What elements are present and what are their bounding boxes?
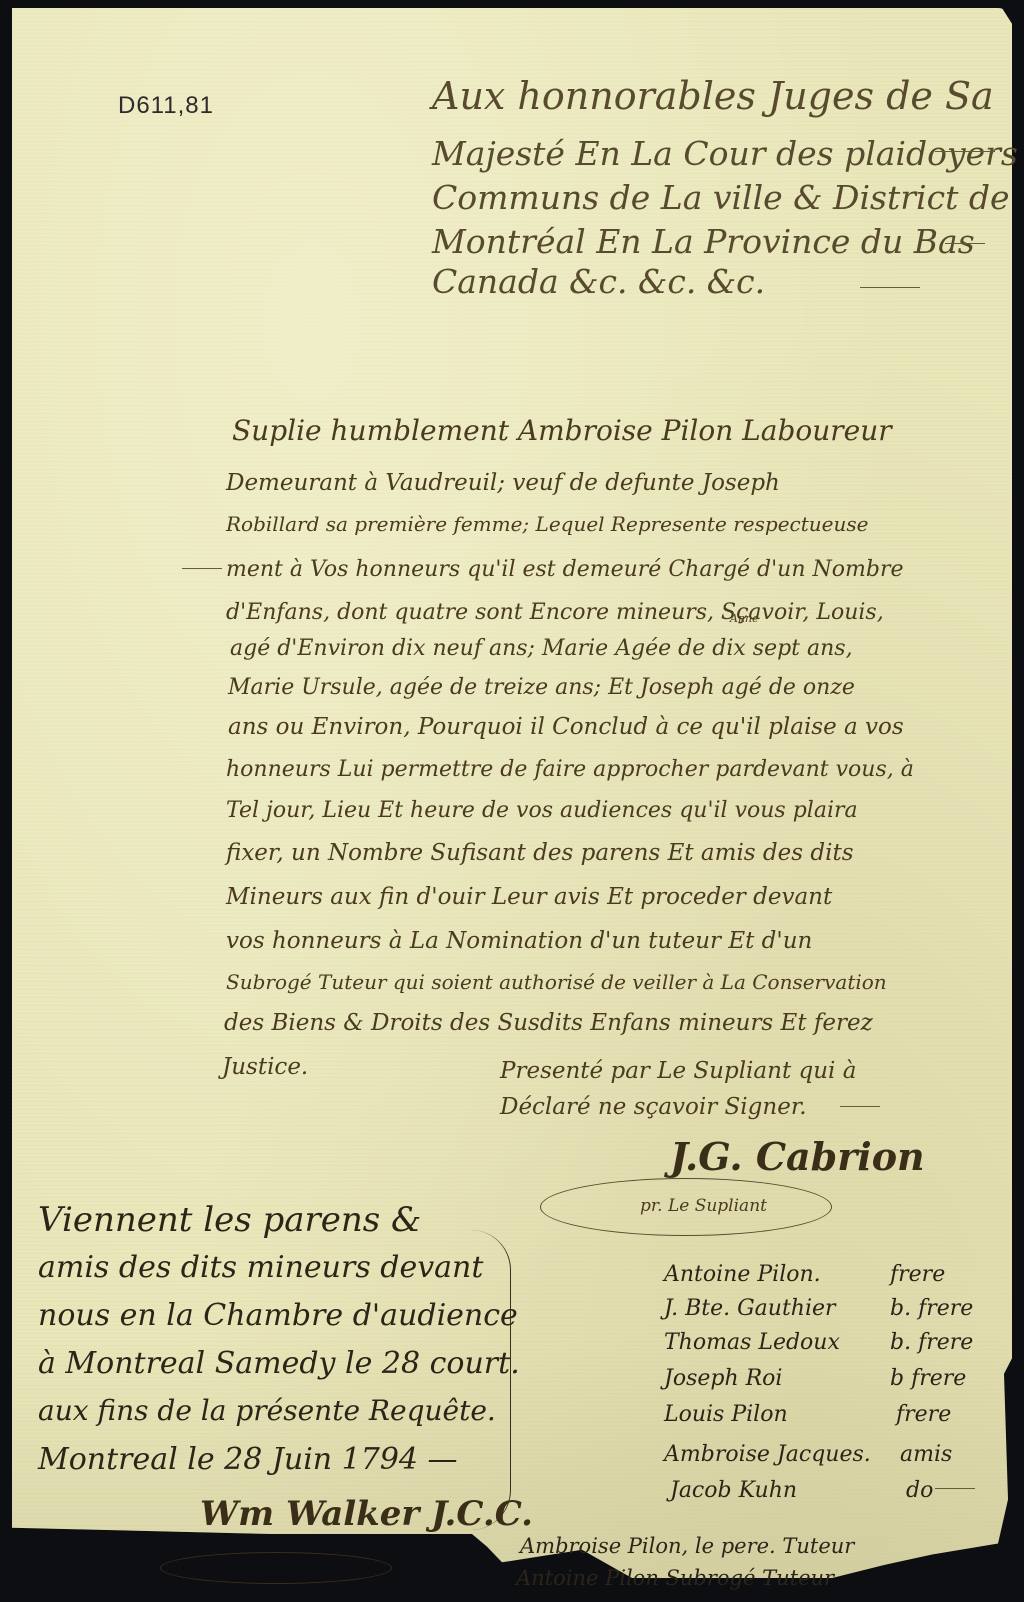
petition-line: vos honneurs à La Nomination d'un tuteur… — [226, 928, 812, 954]
order-line: à Montreal Samedy le 28 court. — [38, 1346, 520, 1381]
relative-name: Ambroise Jacques. — [664, 1442, 871, 1467]
relative-relation: b. frere — [890, 1330, 973, 1355]
relative-name: Louis Pilon — [664, 1402, 788, 1427]
line-filler — [935, 151, 995, 152]
petition-line: fixer, un Nombre Sufisant des parens Et … — [226, 840, 854, 866]
line-filler — [935, 1488, 975, 1489]
petition-line: ment à Vos honneurs qu'il est demeuré Ch… — [226, 557, 904, 582]
petition-line: des Biens & Droits des Susdits Enfans mi… — [224, 1010, 873, 1036]
petition-line: honneurs Lui permettre de faire approche… — [226, 757, 914, 782]
heading-line: Aux honnorables Juges de Sa — [432, 74, 994, 118]
petition-line: Mineurs aux fin d'ouir Leur avis Et proc… — [226, 884, 832, 910]
order-line: aux fins de la présente Requête. — [38, 1394, 496, 1427]
petition-line: agé d'Environ dix neuf ans; Marie Agée d… — [230, 636, 853, 661]
petition-line: Robillard sa première femme; Lequel Repr… — [226, 512, 868, 536]
relative-relation: do — [906, 1478, 933, 1503]
heading-line: Communs de La ville & District de — [432, 178, 1009, 217]
order-line: amis des dits mineurs devant — [38, 1250, 483, 1285]
petition-line: Justice. — [222, 1054, 308, 1080]
line-filler — [860, 287, 920, 288]
petition-line: Demeurant à Vaudreuil; veuf de defunte J… — [226, 470, 780, 496]
line-filler — [840, 1106, 880, 1107]
relative-relation: amis — [900, 1442, 952, 1467]
interlinear-insertion: Anne — [730, 612, 759, 625]
relative-name: J. Bte. Gauthier — [664, 1296, 836, 1321]
petition-line: d'Enfans, dont quatre sont Encore mineur… — [226, 600, 884, 625]
line-filler — [945, 243, 985, 244]
relative-relation: b frere — [890, 1366, 966, 1391]
archive-reference-number: D611,81 — [118, 92, 214, 120]
petition-line: Subrogé Tuteur qui soient authorisé de v… — [226, 970, 887, 994]
heading-line: Canada &c. &c. &c. — [432, 262, 765, 301]
relative-relation: frere — [896, 1402, 951, 1427]
appointment-line: Antoine Pilon Subrogé Tuteur — [516, 1566, 834, 1590]
presented-line: Presenté par Le Supliant qui à — [500, 1058, 856, 1084]
margin-mark — [182, 568, 222, 569]
petition-line: ans ou Environ, Pourquoi il Conclud à ce… — [228, 714, 904, 740]
heading-line: Majesté En La Cour des plaidoyers — [432, 134, 1018, 173]
signature-flourish — [540, 1178, 832, 1236]
relative-name: Jacob Kuhn — [670, 1478, 797, 1503]
bracket — [470, 1230, 511, 1530]
clerk-signature: J.G. Cabrion — [670, 1134, 925, 1179]
petition-line: Marie Ursule, agée de treize ans; Et Jos… — [228, 675, 855, 700]
order-line: Viennent les parens & — [38, 1200, 421, 1240]
petition-line: Suplie humblement Ambroise Pilon Laboure… — [232, 414, 892, 447]
relative-name: Antoine Pilon. — [664, 1262, 821, 1287]
presented-line: Déclaré ne sçavoir Signer. — [500, 1094, 807, 1120]
order-line: Montreal le 28 Juin 1794 — — [38, 1442, 458, 1477]
relative-name: Joseph Roi — [664, 1366, 782, 1391]
petition-line: Tel jour, Lieu Et heure de vos audiences… — [226, 798, 858, 823]
appointment-line: Ambroise Pilon, le pere. Tuteur — [520, 1534, 854, 1558]
relative-relation: b. frere — [890, 1296, 973, 1321]
signature-flourish — [160, 1552, 392, 1584]
relative-relation: frere — [890, 1262, 945, 1287]
heading-line: Montréal En La Province du Bas — [432, 222, 975, 261]
order-line: nous en la Chambre d'audience — [38, 1298, 518, 1333]
relative-name: Thomas Ledoux — [664, 1330, 840, 1355]
